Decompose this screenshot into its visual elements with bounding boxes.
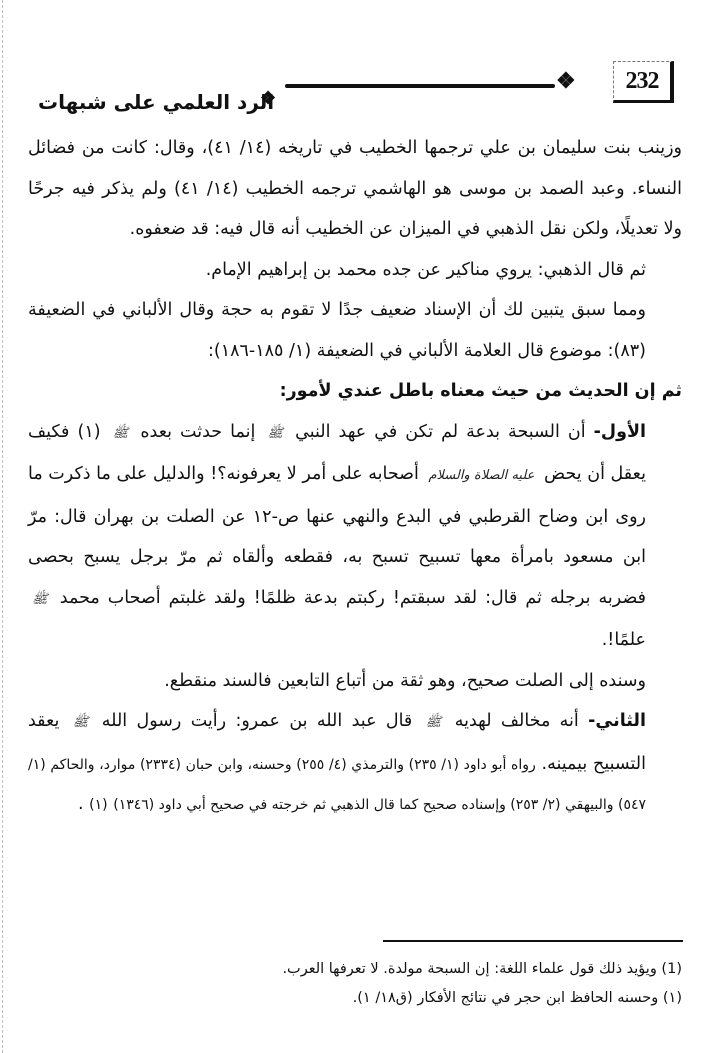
salawat-icon: ﷺ	[109, 426, 133, 441]
text: أن السبحة بدعة لم تكن في عهد النبي	[295, 422, 585, 442]
running-title: الرد العلمي على شبهات	[38, 90, 274, 114]
header-rule	[285, 84, 555, 88]
point-label: الأول-	[594, 422, 646, 442]
paragraph: وزينب بنت سليمان بن علي ترجمها الخطيب في…	[28, 128, 682, 250]
first-point: الأول- أن السبحة بدعة لم تكن في عهد النب…	[28, 412, 682, 661]
footnote-divider	[383, 940, 683, 942]
salawat-icon: ﷺ	[28, 592, 52, 607]
page-number: 232	[626, 68, 659, 95]
page-scan-edge	[2, 0, 4, 1053]
sanad-note: وسنده إلى الصلت صحيح، وهو ثقة من أتباع ا…	[28, 661, 682, 702]
ornament-icon: ❖	[556, 68, 576, 94]
footnote-marker[interactable]: (١)	[77, 422, 100, 442]
paragraph: ثم قال الذهبي: يروي مناكير عن جده محمد ب…	[28, 250, 682, 291]
footnote: (١) وحسنه الحافظ ابن حجر في نتائج الأفكا…	[200, 984, 682, 1013]
footnote: (1) ويؤيد ذلك قول علماء اللغة: إن السبحة…	[200, 955, 682, 984]
salawat-icon: عليه الصلاة والسلام	[424, 468, 538, 483]
salawat-icon: ﷺ	[422, 715, 446, 730]
text: أصحابه على أمر لا يعرفونه؟! والدليل على …	[28, 464, 646, 608]
text: قال عبد الله بن عمرو: رأيت رسول الله	[102, 711, 412, 731]
text: .	[78, 794, 84, 814]
footnotes: (1) ويؤيد ذلك قول علماء اللغة: إن السبحة…	[200, 955, 682, 1013]
text: علمًا!.	[602, 630, 646, 650]
footnote-marker[interactable]: (١)	[89, 797, 107, 813]
salawat-icon: ﷺ	[69, 715, 93, 730]
salawat-icon: ﷺ	[263, 426, 287, 441]
text: أنه مخالف لهديه	[455, 711, 579, 731]
section-heading: ثم إن الحديث من حيث معناه باطل عندي لأمو…	[28, 371, 682, 412]
page-number-box: 232	[613, 61, 674, 103]
text: إنما حدثت بعده	[140, 422, 255, 442]
page-header: 232 ❖ ❖ الرد العلمي على شبهات	[0, 58, 722, 118]
paragraph: ومما سبق يتبين لك أن الإسناد ضعيف جدًا ل…	[28, 290, 682, 371]
second-point: الثاني- أنه مخالف لهديه ﷺ قال عبد الله ب…	[28, 701, 682, 825]
body-text: وزينب بنت سليمان بن علي ترجمها الخطيب في…	[28, 128, 682, 825]
point-label: الثاني-	[588, 711, 646, 731]
